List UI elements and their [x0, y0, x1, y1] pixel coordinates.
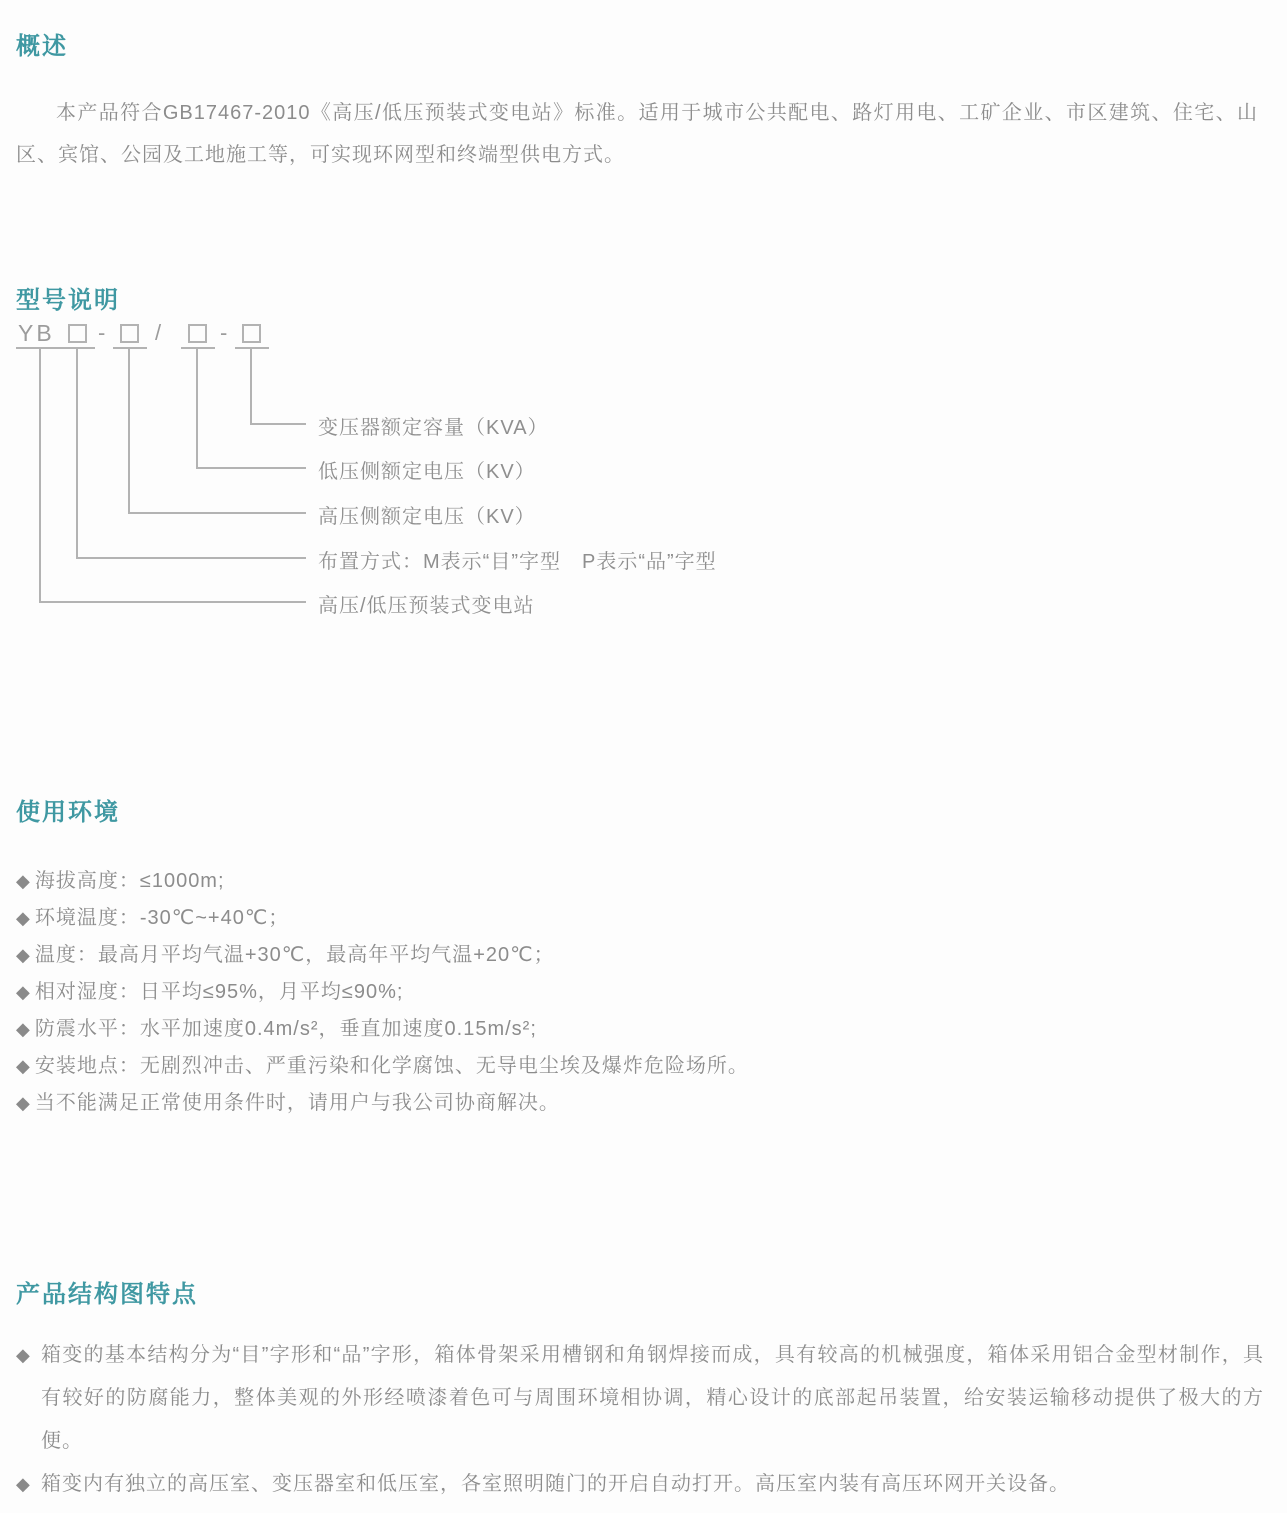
feature-item-text: 箱变的基本结构分为“目”字形和“品”字形，箱体骨架采用槽钢和角钢焊接而成，具有较… — [41, 1344, 1264, 1452]
env-item-text: 环境温度：-30℃~+40℃； — [35, 907, 289, 929]
model-placeholder-box — [120, 324, 139, 343]
connector-line — [250, 423, 306, 425]
env-item-text: 当不能满足正常使用条件时，请用户与我公司协商解决。 — [35, 1092, 560, 1114]
model-placeholder-box — [188, 324, 207, 343]
env-item: ◆海拔高度：≤1000m; — [16, 863, 1260, 900]
env-item: ◆环境温度：-30℃~+40℃； — [16, 900, 1260, 937]
connector-line — [76, 349, 78, 559]
underline — [181, 347, 215, 349]
diamond-bullet-icon: ◆ — [16, 908, 31, 928]
diamond-bullet-icon: ◆ — [16, 1019, 31, 1039]
connector-line — [196, 467, 306, 469]
diamond-bullet-icon: ◆ — [16, 1463, 31, 1506]
feature-item-text: 箱变内有独立的高压室、变压器室和低压室，各室照明随门的开启自动打开。高压室内装有… — [41, 1473, 1070, 1495]
features-list: ◆箱变的基本结构分为“目”字形和“品”字形，箱体骨架采用槽钢和角钢焊接而成，具有… — [16, 1334, 1264, 1506]
environment-heading: 使用环境 — [16, 792, 120, 827]
env-item-text: 温度：最高月平均气温+30℃，最高年平均气温+20℃； — [35, 944, 555, 966]
env-item: ◆防震水平：水平加速度0.4m/s²，垂直加速度0.15m/s²; — [16, 1011, 1260, 1048]
feature-item: ◆箱变内有独立的高压室、变压器室和低压室，各室照明随门的开启自动打开。高压室内装… — [16, 1463, 1264, 1506]
diamond-bullet-icon: ◆ — [16, 871, 31, 891]
env-item: ◆温度：最高月平均气温+30℃，最高年平均气温+20℃； — [16, 937, 1260, 974]
underline — [235, 347, 269, 349]
environment-list: ◆海拔高度：≤1000m; ◆环境温度：-30℃~+40℃； ◆温度：最高月平均… — [16, 863, 1260, 1122]
model-label-lv-voltage: 低压侧额定电压（KV） — [318, 455, 536, 484]
model-label-hv-voltage: 高压侧额定电压（KV） — [318, 500, 536, 529]
diamond-bullet-icon: ◆ — [16, 1334, 31, 1377]
model-placeholder-box — [68, 324, 87, 343]
model-separator-slash: / — [155, 320, 161, 346]
connector-line — [128, 512, 306, 514]
env-item-text: 相对湿度：日平均≤95%，月平均≤90%; — [35, 981, 404, 1003]
env-item: ◆当不能满足正常使用条件时，请用户与我公司协商解决。 — [16, 1085, 1260, 1122]
connector-line — [250, 349, 252, 425]
env-item-text: 安装地点：无剧烈冲击、严重污染和化学腐蚀、无导电尘埃及爆炸危险场所。 — [35, 1055, 749, 1077]
model-placeholder-box — [242, 324, 261, 343]
underline — [61, 347, 95, 349]
model-label-station: 高压/低压预装式变电站 — [318, 589, 535, 618]
connector-line — [76, 557, 306, 559]
env-item: ◆相对湿度：日平均≤95%，月平均≤90%; — [16, 974, 1260, 1011]
env-item-text: 防震水平：水平加速度0.4m/s²，垂直加速度0.15m/s²; — [35, 1018, 537, 1040]
overview-paragraph: 本产品符合GB17467-2010《高压/低压预装式变电站》标准。适用于城市公共… — [16, 92, 1258, 176]
document-page: 概述 本产品符合GB17467-2010《高压/低压预装式变电站》标准。适用于城… — [0, 0, 1287, 1513]
env-item: ◆安装地点：无剧烈冲击、严重污染和化学腐蚀、无导电尘埃及爆炸危险场所。 — [16, 1048, 1260, 1085]
diamond-bullet-icon: ◆ — [16, 982, 31, 1002]
connector-line — [128, 349, 130, 514]
model-prefix: YB — [18, 320, 55, 347]
model-separator-dash: - — [98, 320, 105, 346]
features-heading: 产品结构图特点 — [16, 1274, 198, 1309]
model-code-diagram: YB - / - 变压器额定容量（KVA） 低压侧额定电压（KV） 高压侧额定电… — [16, 320, 1266, 620]
diamond-bullet-icon: ◆ — [16, 945, 31, 965]
overview-heading: 概述 — [16, 26, 68, 61]
model-separator-dash: - — [220, 320, 227, 346]
diamond-bullet-icon: ◆ — [16, 1056, 31, 1076]
feature-item: ◆箱变的基本结构分为“目”字形和“品”字形，箱体骨架采用槽钢和角钢焊接而成，具有… — [16, 1334, 1264, 1463]
model-heading: 型号说明 — [16, 280, 120, 315]
connector-line — [196, 349, 198, 469]
connector-line — [39, 601, 306, 603]
connector-line — [39, 349, 41, 603]
diamond-bullet-icon: ◆ — [16, 1093, 31, 1113]
model-label-capacity: 变压器额定容量（KVA） — [318, 411, 549, 440]
env-item-text: 海拔高度：≤1000m; — [35, 870, 225, 892]
model-label-layout: 布置方式：M表示“目”字型 P表示“品”字型 — [318, 545, 717, 574]
underline — [113, 347, 147, 349]
